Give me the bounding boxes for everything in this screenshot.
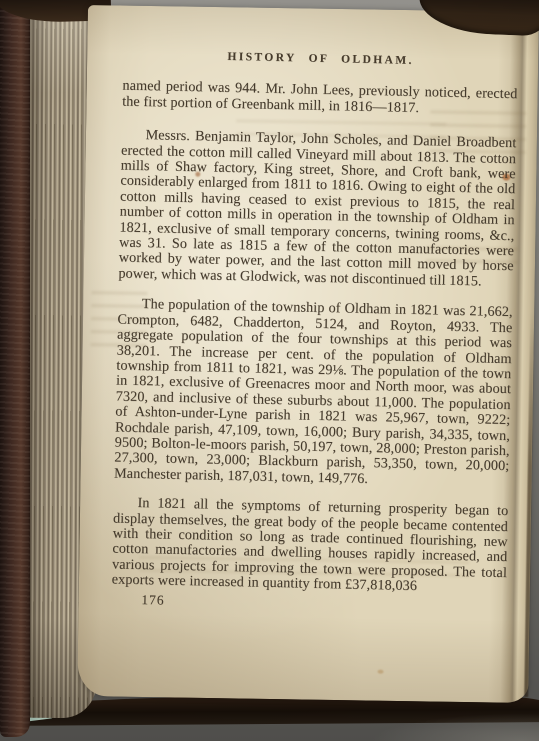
body-paragraph-1: named period was 944. Mr. John Lees, pre… <box>122 79 518 118</box>
scanned-page: HISTORY OF OLDHAM. named period was 944.… <box>77 5 539 703</box>
book-cover-spine <box>0 0 30 737</box>
running-header: HISTORY OF OLDHAM. <box>123 48 518 72</box>
body-paragraph-3: The population of the township of Oldham… <box>114 297 513 490</box>
page-text-block: HISTORY OF OLDHAM. named period was 944.… <box>111 48 518 615</box>
body-paragraph-2: Messrs. Benjamin Taylor, John Scholes, a… <box>118 128 516 291</box>
body-paragraph-4: In 1821 all the symptoms of returning pr… <box>112 496 509 597</box>
foxing-stain <box>378 670 384 674</box>
book-page-scan: HISTORY OF OLDHAM. named period was 944.… <box>0 0 539 741</box>
